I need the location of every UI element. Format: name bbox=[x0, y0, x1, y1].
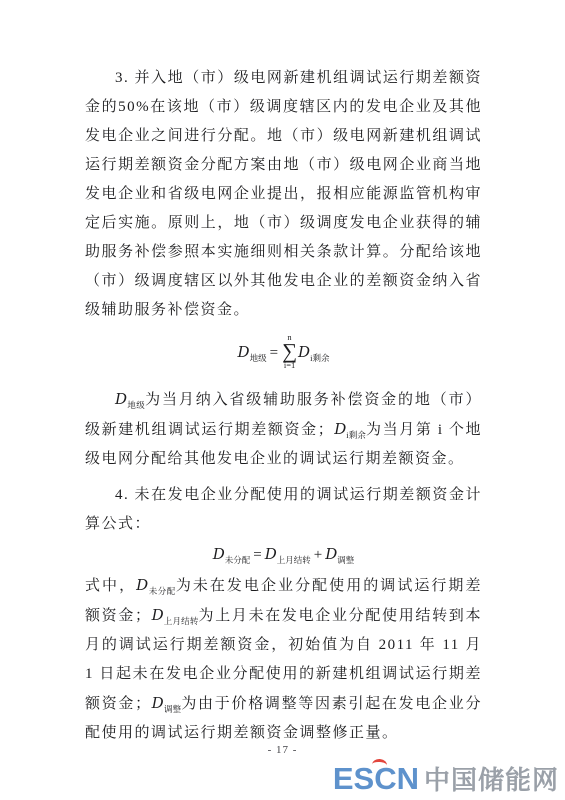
escn-logo-site-name: 中国储能网 bbox=[424, 767, 559, 793]
math-variable: D地级 bbox=[238, 345, 267, 361]
math-variable: D上月结转 bbox=[152, 608, 199, 624]
paragraph-unallocated-definitions: 式中，D未分配为未在发电企业分配使用的调试运行期差额资金；D上月结转为上月未在发… bbox=[85, 571, 482, 748]
escn-logo-red-accent-icon bbox=[371, 758, 387, 771]
formula-unallocated: D未分配=D上月结转+D调整 bbox=[85, 540, 482, 570]
math-variable: Di剩余 bbox=[334, 422, 366, 438]
paragraph-item-4: 4. 未在发电企业分配使用的调试运行期差额资金计算公式： bbox=[85, 481, 482, 539]
formula-regional-sum: D地级=n∑i=1Di剩余 bbox=[85, 331, 482, 377]
math-variable: D未分配 bbox=[136, 578, 176, 594]
math-variable: D上月结转 bbox=[265, 547, 311, 563]
page-footer: - 17 - bbox=[0, 744, 565, 756]
summation-icon: n∑i=1 bbox=[282, 333, 297, 371]
paragraph-item-3: 3. 并入地（市）级电网新建机组调试运行期差额资金的50%在该地（市）级调度辖区… bbox=[85, 64, 482, 325]
escn-watermark-logo: ESCN 中国储能网 bbox=[333, 763, 559, 794]
math-variable: Di剩余 bbox=[298, 345, 329, 361]
document-content: 3. 并入地（市）级电网新建机组调试运行期差额资金的50%在该地（市）级调度辖区… bbox=[85, 64, 482, 748]
page-number: - 17 - bbox=[268, 744, 298, 756]
math-variable: D调整 bbox=[325, 547, 354, 563]
math-variable: D未分配 bbox=[213, 547, 251, 563]
math-variable: D调整 bbox=[152, 696, 182, 712]
escn-logo-text: ESCN bbox=[333, 763, 419, 794]
paragraph-sum-definitions: D地级为当月纳入省级辅助服务补偿资金的地（市）级新建机组调试运行期差额资金；Di… bbox=[85, 385, 482, 474]
math-variable: D地级 bbox=[115, 392, 145, 408]
document-page: 3. 并入地（市）级电网新建机组调试运行期差额资金的50%在该地（市）级调度辖区… bbox=[0, 0, 565, 800]
